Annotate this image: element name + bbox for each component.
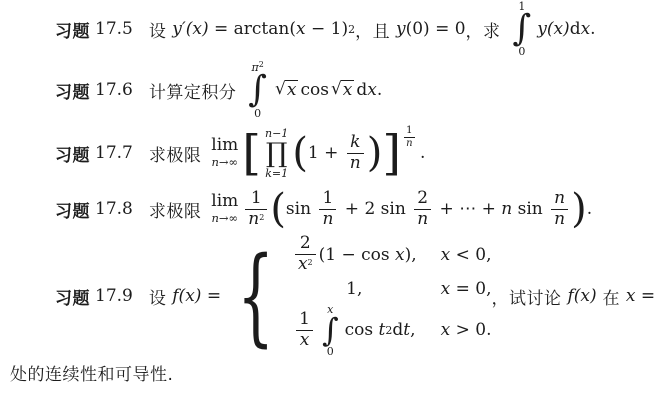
- problem-text: 求极限: [149, 197, 207, 222]
- problem-text: 计算定积分: [149, 78, 242, 103]
- left-bracket: [: [242, 129, 261, 177]
- math-token: =: [201, 286, 226, 306]
- integral-lower-limit: 0: [518, 46, 525, 57]
- problem-text: ，求: [466, 17, 507, 42]
- fraction: 1 x: [296, 311, 313, 350]
- math-token: x: [441, 320, 451, 340]
- problem-number: 17.5: [95, 19, 133, 39]
- math-token: (1 − cos: [319, 245, 395, 265]
- fraction-numerator: 1: [404, 125, 414, 137]
- problem-label: 习题: [55, 197, 90, 222]
- math-token: cos: [345, 320, 379, 340]
- right-bracket: ]: [382, 129, 401, 177]
- math-token: .: [415, 143, 426, 163]
- case-row-1-condition: x < 0,: [441, 245, 492, 265]
- math-token: .: [587, 199, 592, 219]
- fraction-numerator: 2: [295, 235, 316, 254]
- math-token: .: [377, 80, 382, 100]
- math-token: x: [581, 19, 591, 39]
- math-token: d: [356, 80, 367, 100]
- math-token: = 0: [636, 286, 654, 306]
- fraction-denominator: n: [347, 153, 364, 173]
- fraction: n n: [551, 190, 568, 229]
- math-token: f(x): [567, 286, 596, 306]
- lim-text: lim: [211, 137, 238, 154]
- math-token: t: [379, 320, 386, 340]
- radicand: x: [285, 80, 299, 100]
- closing-text: 处的连续性和可导性.: [10, 360, 173, 385]
- product-lower-limit: k=1: [265, 168, 288, 179]
- case-row-3-expression: 1 x x ∫ 0 cos t 2 d t ,: [293, 304, 415, 356]
- problem-17-8: 习题 17.8 求极限 lim n→∞ 1 n2 ( sin 1 n + 2 s…: [55, 183, 592, 235]
- left-paren: (: [270, 189, 286, 229]
- definite-integral: x ∫ 0: [320, 304, 341, 356]
- fraction-denominator: n: [404, 137, 414, 150]
- case-row-2-expression: 1,: [346, 279, 362, 299]
- product-sign: ∏: [266, 139, 288, 168]
- square-root: √ x: [331, 80, 354, 100]
- fraction-denominator: n2: [245, 209, 267, 229]
- problem-number: 17.9: [95, 286, 133, 306]
- problem-text: 在: [597, 284, 626, 309]
- problem-text: 设: [149, 17, 172, 42]
- math-token: ,: [410, 320, 415, 340]
- math-token: = 0,: [450, 279, 491, 299]
- piecewise-function: { 2 x2 (1 − cos x ), x < 0, 1, x = 0, 1 …: [226, 235, 491, 356]
- cases-brace: {: [238, 242, 275, 350]
- integral-sign: ∫: [320, 315, 341, 345]
- problem-label: 习题: [55, 284, 90, 309]
- math-token: x: [296, 19, 306, 39]
- problem-label: 习题: [55, 78, 90, 103]
- fraction: 1 n: [319, 190, 336, 229]
- problem-17-9: 习题 17.9 设 f(x) = { 2 x2 (1 − cos x ), x …: [55, 238, 654, 354]
- problem-number: 17.8: [95, 199, 133, 219]
- case-row-2-condition: x = 0,: [441, 279, 492, 299]
- math-token: y′(x): [172, 19, 208, 39]
- limit-operator: lim n→∞: [211, 137, 238, 169]
- document-page: { "page": { "background": "#ffffff", "te…: [0, 0, 654, 396]
- fraction: 2 x2: [295, 235, 316, 274]
- product-upper-limit: n−1: [265, 128, 288, 139]
- problem-text: ，且: [355, 17, 396, 42]
- math-token: 1 +: [308, 143, 344, 163]
- right-paren: ): [571, 189, 587, 229]
- math-token: < 0,: [450, 245, 491, 265]
- math-token: x: [441, 279, 451, 299]
- square-root: √ x: [275, 80, 298, 100]
- integral-lower-limit: 0: [254, 108, 261, 119]
- radicand: x: [341, 80, 355, 100]
- math-token: + ⋯ +: [434, 199, 501, 219]
- limit-subscript: n→∞: [211, 213, 238, 225]
- math-token: d: [570, 19, 581, 39]
- limit-operator: lim n→∞: [211, 193, 238, 225]
- math-token: (0) = 0: [406, 19, 466, 39]
- problem-17-7: 习题 17.7 求极限 lim n→∞ [ n−1 ∏ k=1 ( 1 + k …: [55, 124, 425, 182]
- fraction-denominator: n: [319, 209, 336, 229]
- definite-integral: π2 ∫ 0: [246, 61, 269, 118]
- left-paren: (: [292, 133, 308, 173]
- superscript: 2: [259, 60, 264, 69]
- cases-grid: 2 x2 (1 − cos x ), x < 0, 1, x = 0, 1 x …: [292, 235, 492, 356]
- problem-17-5: 习题 17.5 设 y′(x) = arctan( x − 1) 2 ，且 y …: [55, 0, 596, 58]
- problem-number: 17.6: [95, 80, 133, 100]
- problem-label: 习题: [55, 17, 90, 42]
- fraction-numerator: 1: [245, 190, 267, 209]
- superscript: 2: [348, 24, 355, 35]
- limit-subscript: n→∞: [211, 157, 238, 169]
- math-token: x: [298, 254, 308, 274]
- problem-text: ，试讨论: [492, 284, 568, 309]
- right-paren: ): [367, 133, 383, 173]
- math-token: x: [441, 245, 451, 265]
- math-token: x: [367, 80, 377, 100]
- closing-sentence: 处的连续性和可导性.: [10, 358, 173, 386]
- math-token: x: [626, 286, 636, 306]
- math-token: t: [403, 320, 410, 340]
- fraction-denominator: x2: [295, 254, 316, 274]
- math-token: .: [590, 19, 595, 39]
- fraction-numerator: k: [347, 134, 364, 153]
- math-token: + 2 sin: [339, 199, 411, 219]
- problem-label: 习题: [55, 141, 90, 166]
- problem-17-6: 习题 17.6 计算定积分 π2 ∫ 0 √ x cos √ x d x .: [55, 58, 382, 122]
- fraction: 2 n: [414, 190, 431, 229]
- case-row-1-expression: 2 x2 (1 − cos x ),: [292, 235, 417, 274]
- fraction-denominator: n: [551, 209, 568, 229]
- fraction: 1 n2: [245, 190, 267, 229]
- problem-text: 求极限: [149, 141, 207, 166]
- case-row-3-condition: x > 0.: [441, 320, 492, 340]
- integral-sign: ∫: [246, 73, 269, 107]
- math-token: cos: [300, 80, 328, 100]
- math-token: − 1): [306, 19, 349, 39]
- math-token: x: [395, 245, 405, 265]
- superscript: 2: [385, 325, 392, 336]
- fraction-numerator: 1: [296, 311, 313, 330]
- fraction-numerator: 2: [414, 190, 431, 209]
- problem-number: 17.7: [95, 143, 133, 163]
- math-token: d: [392, 320, 403, 340]
- exponent-fraction: 1 n: [404, 125, 414, 149]
- fraction: k n: [347, 134, 364, 173]
- math-token: ),: [405, 245, 417, 265]
- math-token: n: [501, 199, 512, 219]
- math-token: sin: [512, 199, 548, 219]
- math-token: f(x): [172, 286, 201, 306]
- superscript: 2: [308, 258, 313, 267]
- fraction-denominator: n: [414, 209, 431, 229]
- fraction-denominator: x: [296, 330, 313, 350]
- superscript: 2: [259, 213, 264, 222]
- math-token: > 0.: [450, 320, 491, 340]
- math-token: n: [248, 209, 259, 229]
- math-token: = arctan(: [209, 19, 296, 39]
- math-token: sin: [286, 199, 317, 219]
- integral-lower-limit: 0: [327, 346, 334, 357]
- fraction-numerator: n: [551, 190, 568, 209]
- fraction-numerator: 1: [319, 190, 336, 209]
- math-token: y(x): [537, 19, 569, 39]
- product-operator: n−1 ∏ k=1: [265, 128, 288, 179]
- math-token: y: [396, 19, 406, 39]
- integral-sign: ∫: [510, 12, 533, 46]
- problem-text: 设: [149, 284, 172, 309]
- definite-integral: 1 ∫ 0: [510, 1, 533, 57]
- lim-text: lim: [211, 193, 238, 210]
